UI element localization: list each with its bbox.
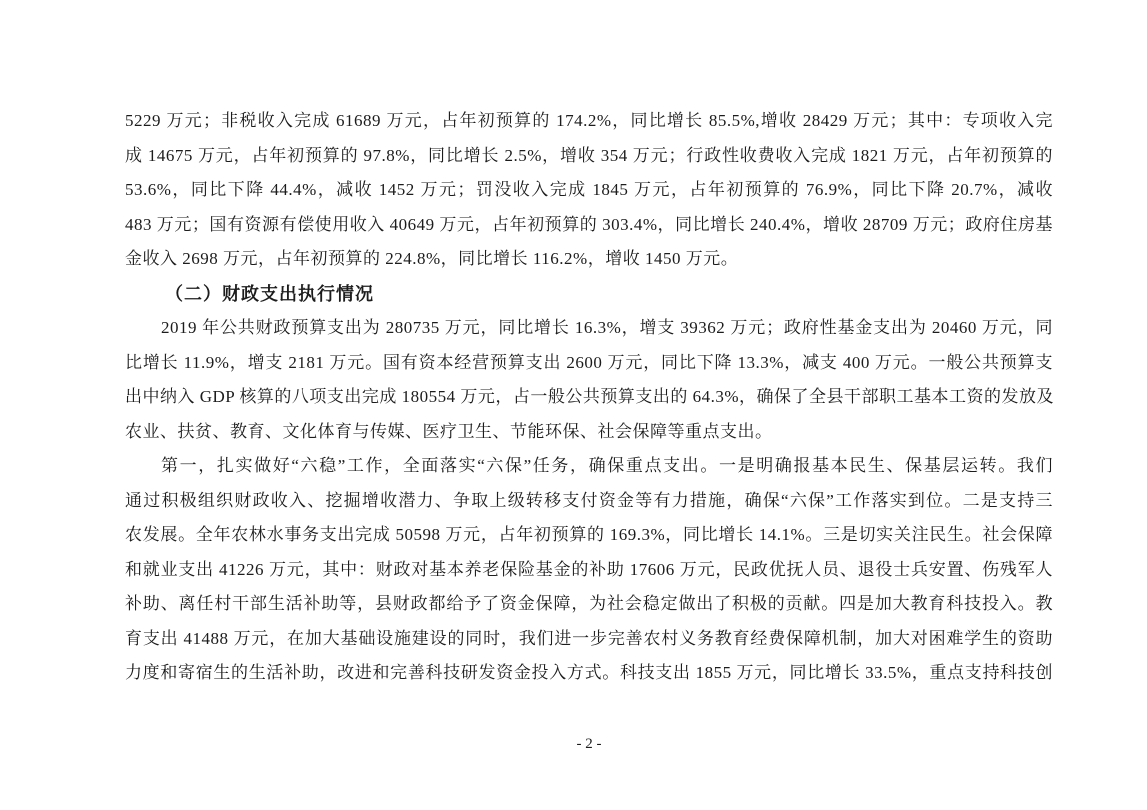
text-line: 农发展。全年农林水事务支出完成 50598 万元，占年初预算的 169.3%，同… xyxy=(125,518,1053,553)
text-line: 出中纳入 GDP 核算的八项支出完成 180554 万元，占一般公共预算支出的 … xyxy=(125,380,1053,415)
text-line: 力度和寄宿生的生活补助，改进和完善科技研发资金投入方式。科技支出 1855 万元… xyxy=(125,656,1053,691)
text-line: 补助、离任村干部生活补助等，县财政都给予了资金保障，为社会稳定做出了积极的贡献。… xyxy=(125,587,1053,622)
text-line: 比增长 11.9%，增支 2181 万元。国有资本经营预算支出 2600 万元，… xyxy=(125,346,1053,381)
text-line: 53.6%，同比下降 44.4%，减收 1452 万元；罚没收入完成 1845 … xyxy=(125,173,1053,208)
text-line: 第一，扎实做好“六稳”工作，全面落实“六保”任务，确保重点支出。一是明确报基本民… xyxy=(125,449,1053,484)
text-line: 育支出 41488 万元，在加大基础设施建设的同时，我们进一步完善农村义务教育经… xyxy=(125,622,1053,657)
page-number: - 2 - xyxy=(577,736,602,752)
page-footer: - 2 - xyxy=(125,736,1053,753)
section-heading: （二）财政支出执行情况 xyxy=(125,277,1053,312)
document-page: 5229 万元；非税收入完成 61689 万元，占年初预算的 174.2%，同比… xyxy=(0,0,1147,810)
text-line: 和就业支出 41226 万元，其中：财政对基本养老保险基金的补助 17606 万… xyxy=(125,553,1053,588)
text-line: 2019 年公共财政预算支出为 280735 万元，同比增长 16.3%，增支 … xyxy=(125,311,1053,346)
text-line: 483 万元；国有资源有偿使用收入 40649 万元，占年初预算的 303.4%… xyxy=(125,208,1053,243)
text-line: 金收入 2698 万元，占年初预算的 224.8%，同比增长 116.2%，增收… xyxy=(125,242,1053,277)
text-line: 5229 万元；非税收入完成 61689 万元，占年初预算的 174.2%，同比… xyxy=(125,104,1053,139)
document-body: 5229 万元；非税收入完成 61689 万元，占年初预算的 174.2%，同比… xyxy=(125,104,1053,691)
text-line: 通过积极组织财政收入、挖掘增收潜力、争取上级转移支付资金等有力措施，确保“六保”… xyxy=(125,484,1053,519)
text-line: 成 14675 万元，占年初预算的 97.8%，同比增长 2.5%，增收 354… xyxy=(125,139,1053,174)
text-line: 农业、扶贫、教育、文化体育与传媒、医疗卫生、节能环保、社会保障等重点支出。 xyxy=(125,415,1053,450)
